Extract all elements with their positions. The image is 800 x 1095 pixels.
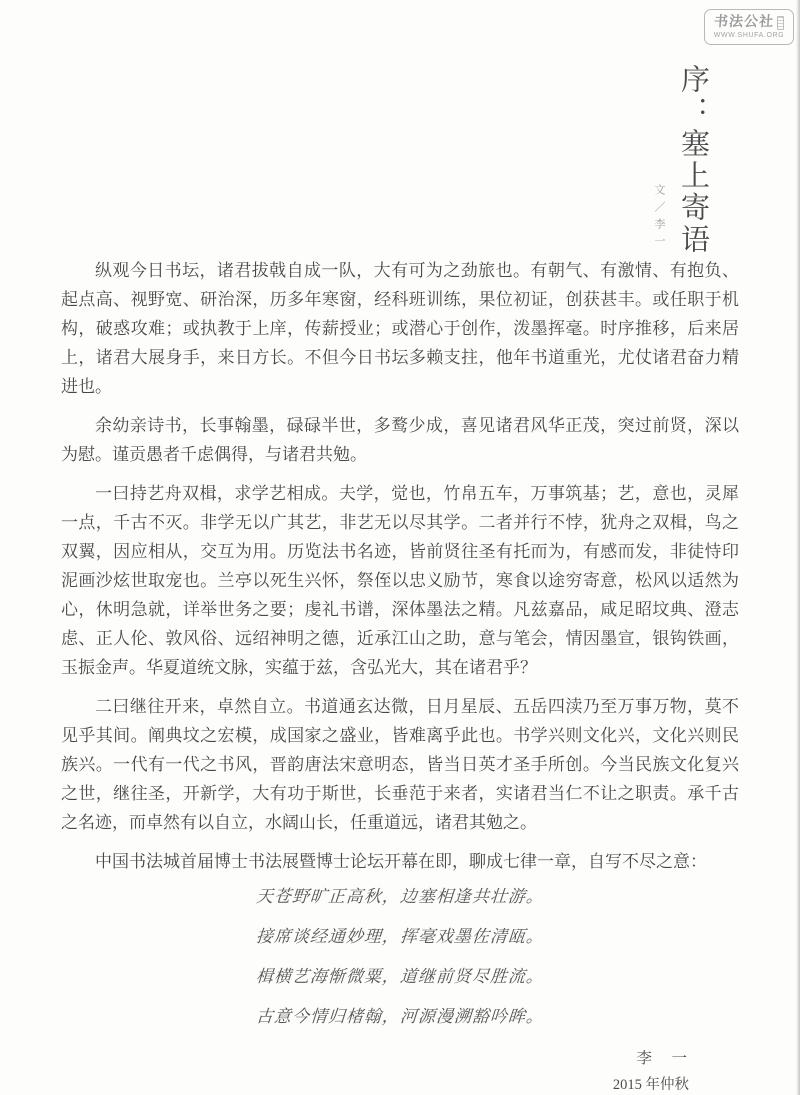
document-page: 书法公社 WWW.SHUFA.ORG 序：塞上寄语 文／李一 纵观今日书坛，诸君… bbox=[0, 0, 800, 1095]
logo-url-text: WWW.SHUFA.ORG bbox=[714, 32, 784, 39]
author-byline: 文／李一 bbox=[651, 184, 667, 252]
poem-line-3: 楫横艺海惭微粟，道继前贤尽胜流。 bbox=[60, 966, 740, 988]
paragraph-1: 纵观今日书坛，诸君拔戟自成一队，大有可为之劲旅也。有朝气、有激情、有抱负、起点高… bbox=[61, 256, 739, 401]
paragraph-5: 中国书法城首届博士书法展暨博士论坛开幕在即，聊成七律一章，自写不尽之意： bbox=[61, 847, 739, 876]
poem: 天苍野旷正高秋，边塞相逢共壮游。 接席谈经通妙理，挥毫戏墨佐清瓯。 楫横艺海惭微… bbox=[61, 886, 739, 1028]
shufa-logo: 书法公社 WWW.SHUFA.ORG bbox=[704, 9, 794, 45]
poem-line-2: 接席谈经通妙理，挥毫戏墨佐清瓯。 bbox=[60, 926, 740, 948]
logo-calligraphy-text: 书法公社 bbox=[714, 16, 775, 30]
logo-seal-icon bbox=[777, 16, 784, 30]
signature-name: 李 一 bbox=[61, 1046, 689, 1072]
paragraph-4: 二曰继往开来，卓然自立。书道通玄达微，日月星辰、五岳四渎乃至万事万物，莫不见乎其… bbox=[61, 692, 739, 837]
paragraph-2: 余幼亲诗书，长事翰墨，碌碌半世，多鹜少成，喜见诸君风华正茂，突过前贤，深以为慰。… bbox=[61, 411, 739, 469]
paragraph-3: 一曰持艺舟双楫，求学艺相成。夫学，觉也，竹帛五车，万事筑基；艺，意也，灵犀一点，… bbox=[61, 479, 739, 682]
page-title: 序：塞上寄语 bbox=[673, 64, 714, 256]
poem-line-1: 天苍野旷正高秋，边塞相逢共壮游。 bbox=[60, 886, 740, 908]
page-edge-shadow bbox=[796, 0, 800, 1095]
poem-line-4: 古意今情归楮翰，河源漫溯豁吟眸。 bbox=[60, 1006, 740, 1028]
article-body: 纵观今日书坛，诸君拔戟自成一队，大有可为之劲旅也。有朝气、有激情、有抱负、起点高… bbox=[61, 244, 739, 1095]
signature-block: 李 一 2015 年仲秋 bbox=[61, 1046, 739, 1095]
signature-date: 2015 年仲秋 bbox=[61, 1072, 689, 1095]
